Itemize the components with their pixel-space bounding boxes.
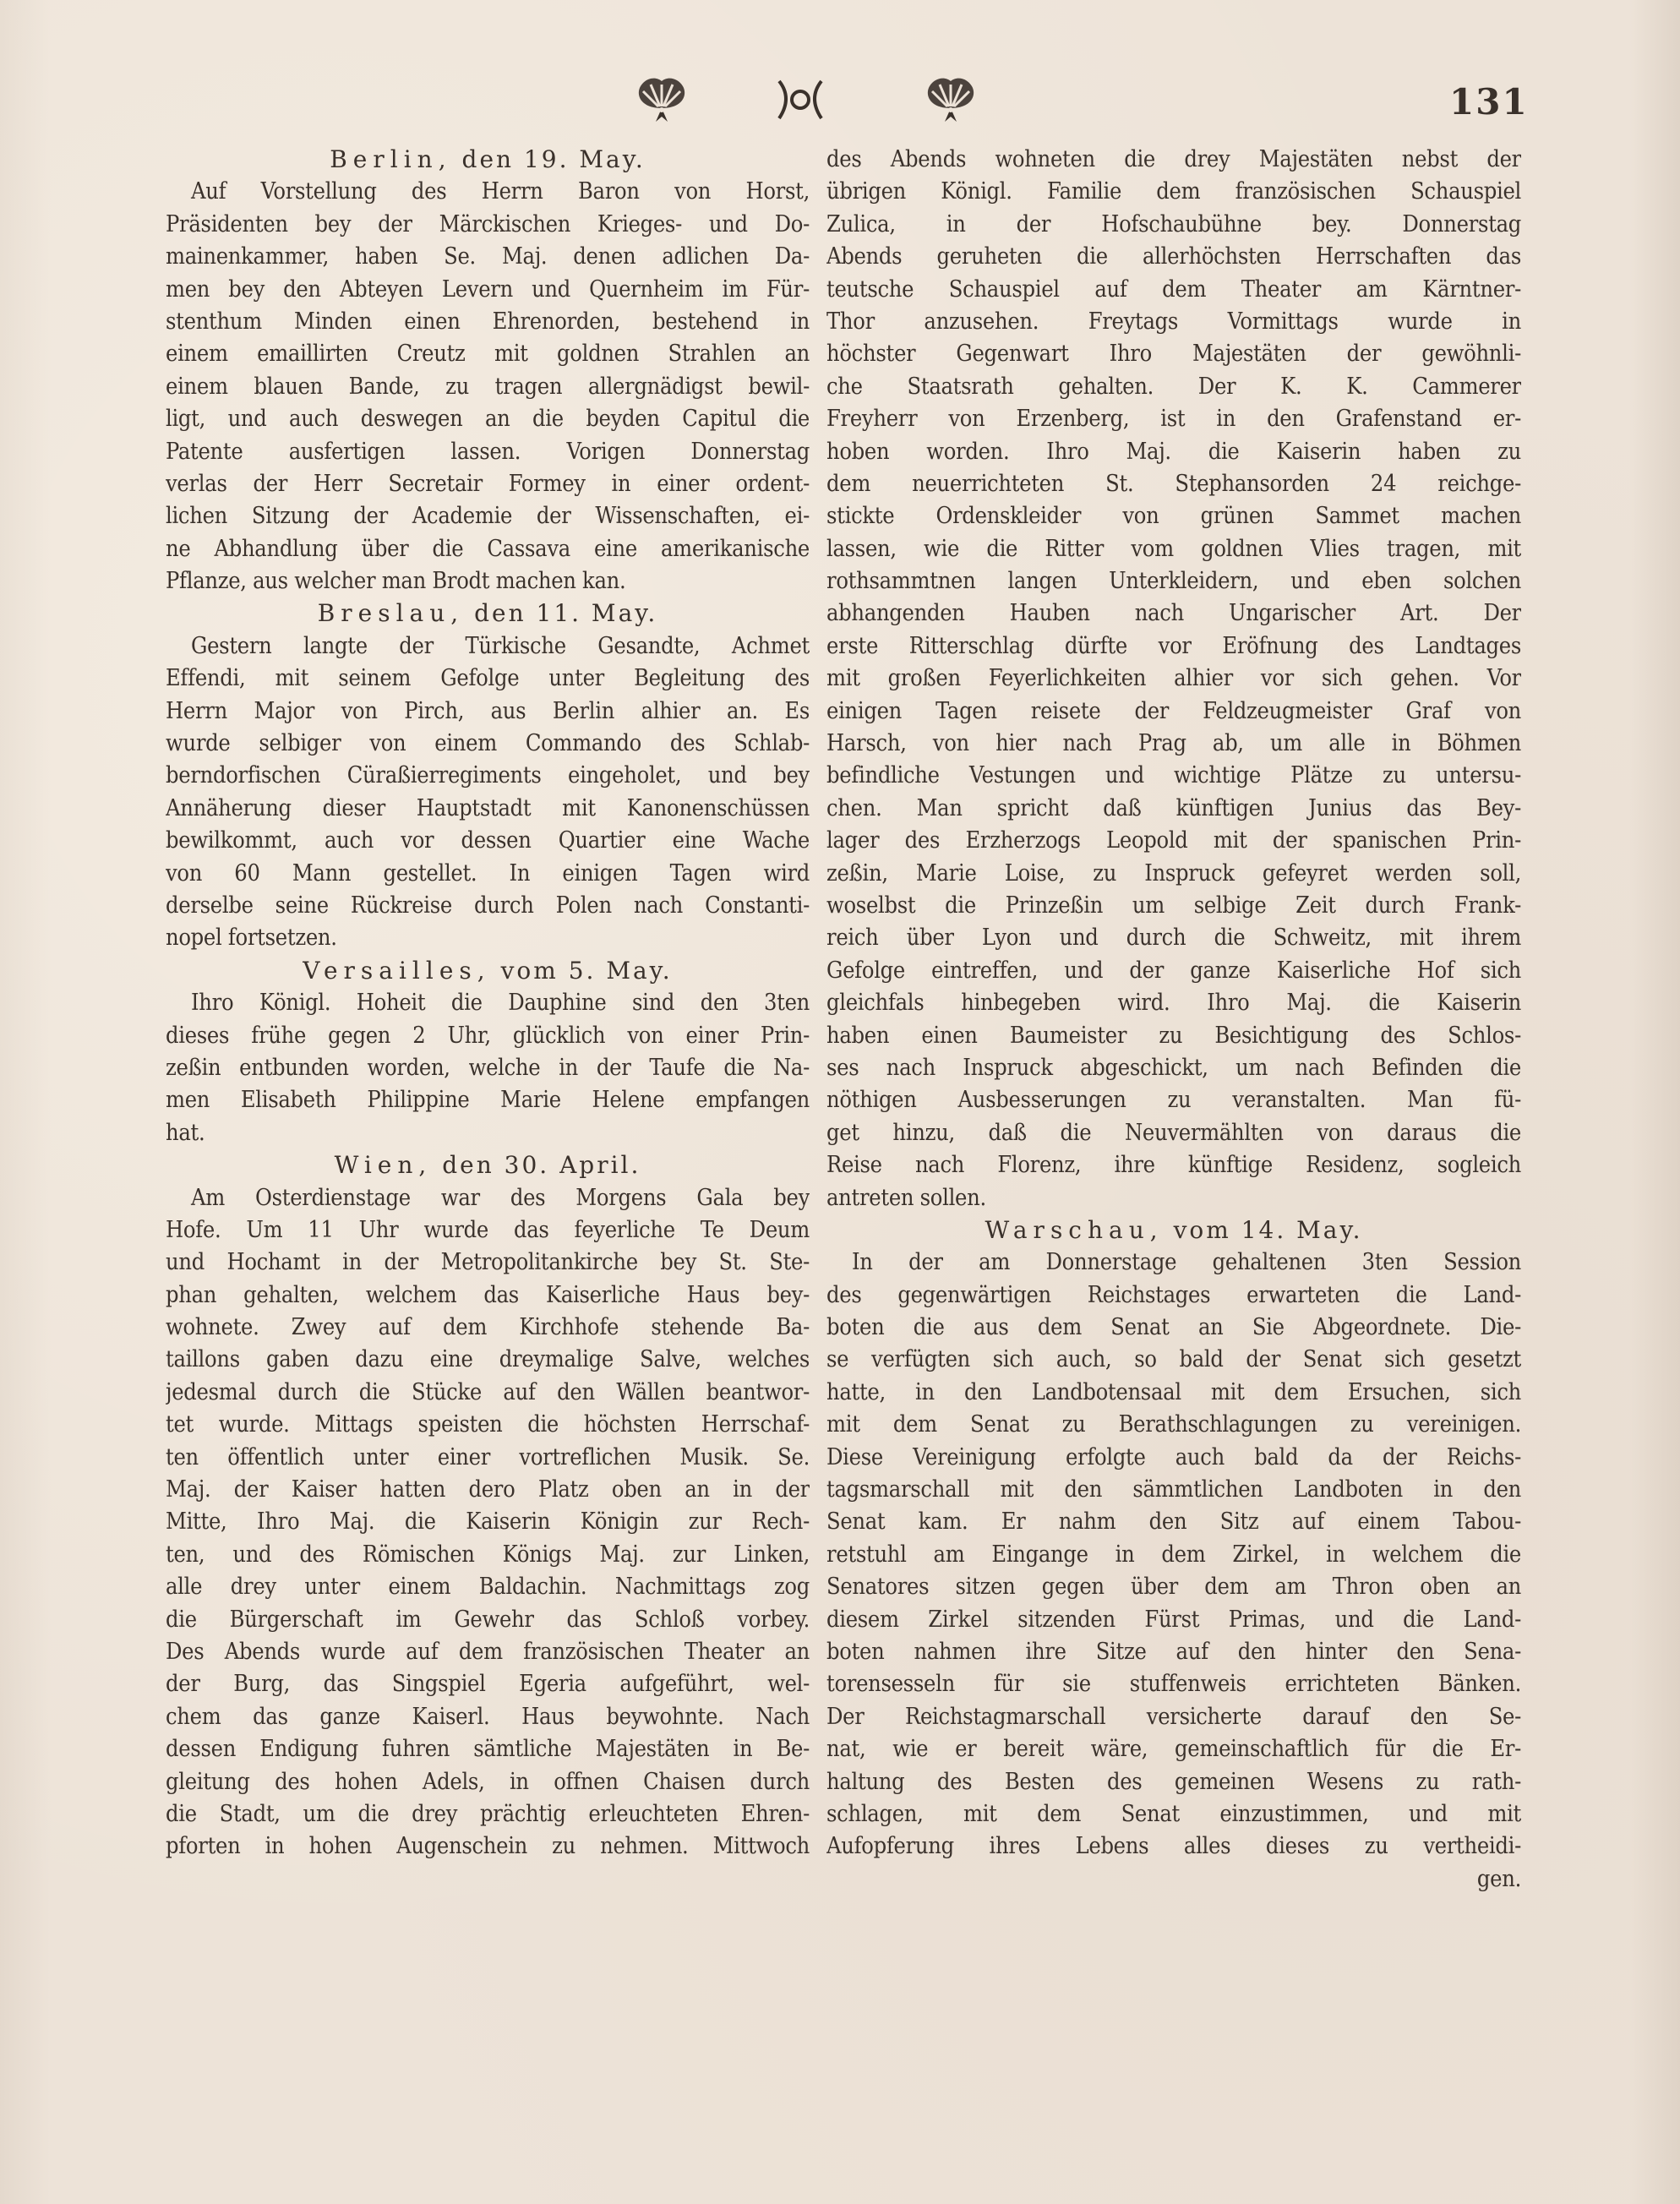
text-line: ten, und des Römischen Königs Maj. zur L… bbox=[166, 1539, 810, 1571]
text-line: Abends geruheten die allerhöchsten Herrs… bbox=[826, 241, 1521, 273]
text-line: von 60 Mann gestellet. In einigen Tagen … bbox=[166, 858, 810, 890]
text-line: abhangenden Hauben nach Ungarischer Art.… bbox=[826, 597, 1521, 630]
text-line: Pflanze, aus welcher man Brodt machen ka… bbox=[166, 565, 810, 597]
text-line: einigen Tagen reisete der Feldzeugmeiste… bbox=[826, 696, 1521, 728]
news-section: Wien, den 30. April.Am Osterdienstage wa… bbox=[166, 1149, 810, 1863]
text-line: gleichfals hinbegeben wird. Ihro Maj. di… bbox=[826, 987, 1521, 1019]
dateline-place: Warschau, bbox=[985, 1216, 1164, 1244]
text-line: lichen Sitzung der Academie der Wissensc… bbox=[166, 500, 810, 532]
text-line: mit großen Feyerlichkeiten alhier vor si… bbox=[826, 663, 1521, 695]
dateline-heading: Breslau, den 11. May. bbox=[166, 597, 810, 630]
text-line: Gefolge eintreffen, und der ganze Kaiser… bbox=[826, 955, 1521, 987]
left-column: Berlin, den 19. May.Auf Vorstellung des … bbox=[166, 144, 810, 1863]
text-line: alle drey unter einem Baldachin. Nachmit… bbox=[166, 1571, 810, 1603]
text-line: Freyherr von Erzenberg, ist in den Grafe… bbox=[826, 403, 1521, 435]
news-section: Versailles, vom 5. May.Ihro Königl. Hohe… bbox=[166, 955, 810, 1149]
text-line: Präsidenten bey der Märckischen Krieges-… bbox=[166, 209, 810, 241]
text-line: ligt, und auch deswegen an die beyden Ca… bbox=[166, 403, 810, 435]
dateline-heading: Versailles, vom 5. May. bbox=[166, 955, 810, 987]
dateline-date: vom 5. May. bbox=[501, 957, 673, 985]
dateline-date: den 30. April. bbox=[442, 1151, 641, 1179]
text-line: teutsche Schauspiel auf dem Theater am K… bbox=[826, 274, 1521, 306]
text-line: Thor anzusehen. Freytags Vormittags wurd… bbox=[826, 306, 1521, 338]
news-section: des Abends wohneten die drey Majestäten … bbox=[826, 144, 1521, 1214]
text-line: Patente ausfertigen lassen. Vorigen Donn… bbox=[166, 436, 810, 468]
text-line: Auf Vorstellung des Herrn Baron von Hors… bbox=[166, 176, 810, 208]
text-line: nopel fortsetzen. bbox=[166, 922, 810, 954]
text-line: ses nach Inspruck abgeschickt, um nach B… bbox=[826, 1052, 1521, 1084]
text-line: ne Abhandlung über die Cassava eine amer… bbox=[166, 533, 810, 565]
shell-ornament-icon bbox=[632, 74, 691, 125]
text-line: hatte, in den Landbotensaal mit dem Ersu… bbox=[826, 1377, 1521, 1409]
text-line: Diese Vereinigung erfolgte auch bald da … bbox=[826, 1442, 1521, 1474]
text-line: men Elisabeth Philippine Marie Helene em… bbox=[166, 1084, 810, 1116]
text-line: lassen, wie die Ritter vom goldnen Vlies… bbox=[826, 533, 1521, 565]
text-line: woselbst die Prinzeßin um selbige Zeit d… bbox=[826, 890, 1521, 922]
text-line: dieses frühe gegen 2 Uhr, glücklich von … bbox=[166, 1020, 810, 1052]
dateline-place: Wien, bbox=[335, 1151, 433, 1179]
text-line: stickte Ordenskleider von grünen Sammet … bbox=[826, 500, 1521, 532]
text-line: Des Abends wurde auf dem französischen T… bbox=[166, 1636, 810, 1668]
text-line: einem emaillirten Creutz mit goldnen Str… bbox=[166, 338, 810, 370]
text-line: höchster Gegenwart Ihro Majestäten der g… bbox=[826, 338, 1521, 370]
text-line: stenthum Minden einen Ehrenorden, besteh… bbox=[166, 306, 810, 338]
dateline-date: vom 14. May. bbox=[1174, 1216, 1363, 1244]
text-line: pforten in hohen Augenschein zu nehmen. … bbox=[166, 1830, 810, 1863]
text-line: nöthigen Ausbesserungen zu veranstalten.… bbox=[826, 1084, 1521, 1116]
dateline-heading: Warschau, vom 14. May. bbox=[826, 1214, 1521, 1247]
text-line: Mitte, Ihro Maj. die Kaiserin Königin zu… bbox=[166, 1506, 810, 1538]
text-line: derselbe seine Rückreise durch Polen nac… bbox=[166, 890, 810, 922]
text-line: phan gehalten, welchem das Kaiserliche H… bbox=[166, 1279, 810, 1312]
page-header: 131 bbox=[0, 74, 1680, 142]
text-line: übrigen Königl. Familie dem französische… bbox=[826, 176, 1521, 208]
text-line: Maj. der Kaiser hatten dero Platz oben a… bbox=[166, 1474, 810, 1506]
text-line: torensesseln für sie stuffenweis erricht… bbox=[826, 1668, 1521, 1700]
dateline-date: den 11. May. bbox=[474, 599, 657, 627]
text-line: rothsammtnen langen Unterkleidern, und e… bbox=[826, 565, 1521, 597]
text-line: Harsch, von hier nach Prag ab, um alle i… bbox=[826, 728, 1521, 760]
text-line: Reise nach Florenz, ihre künftige Reside… bbox=[826, 1149, 1521, 1181]
text-line: wohnete. Zwey auf dem Kirchhofe stehende… bbox=[166, 1312, 810, 1344]
bracket-ring-ornament-icon bbox=[771, 74, 830, 125]
text-line: retstuhl am Eingange in dem Zirkel, in w… bbox=[826, 1539, 1521, 1571]
news-section: Warschau, vom 14. May.In der am Donnerst… bbox=[826, 1214, 1521, 1896]
text-line: reich über Lyon und durch die Schweitz, … bbox=[826, 922, 1521, 954]
text-line: gen. bbox=[826, 1863, 1521, 1896]
text-line: boten nahmen ihre Sitze auf den hinter d… bbox=[826, 1636, 1521, 1668]
text-line: jedesmal durch die Stücke auf den Wällen… bbox=[166, 1377, 810, 1409]
right-column: des Abends wohneten die drey Majestäten … bbox=[826, 144, 1521, 1896]
text-line: Zulica, in der Hofschaubühne bey. Donner… bbox=[826, 209, 1521, 241]
text-line: befindliche Vestungen und wichtige Plätz… bbox=[826, 760, 1521, 792]
text-line: chen. Man spricht daß künftigen Junius d… bbox=[826, 793, 1521, 825]
text-line: verlas der Herr Secretair Formey in eine… bbox=[166, 468, 810, 500]
text-line: taillons gaben dazu eine dreymalige Salv… bbox=[166, 1344, 810, 1376]
dateline-place: Breslau, bbox=[318, 599, 464, 627]
text-line: und Hochamt in der Metropolitankirche be… bbox=[166, 1247, 810, 1279]
text-line: diesem Zirkel sitzenden Fürst Primas, un… bbox=[826, 1604, 1521, 1636]
text-line: erste Ritterschlag dürfte vor Eröfnung d… bbox=[826, 630, 1521, 663]
text-line: mainenkammer, haben Se. Maj. denen adlic… bbox=[166, 241, 810, 273]
text-line: des Abends wohneten die drey Majestäten … bbox=[826, 144, 1521, 176]
news-section: Berlin, den 19. May.Auf Vorstellung des … bbox=[166, 144, 810, 597]
text-line: schlagen, mit dem Senat einzustimmen, un… bbox=[826, 1798, 1521, 1830]
text-line: In der am Donnerstage gehaltenen 3ten Se… bbox=[826, 1247, 1521, 1279]
text-line: dem neuerrichteten St. Stephansorden 24 … bbox=[826, 468, 1521, 500]
text-line: boten die aus dem Senat an Sie Abgeordne… bbox=[826, 1312, 1521, 1344]
dateline-heading: Wien, den 30. April. bbox=[166, 1149, 810, 1181]
text-line: die Bürgerschaft im Gewehr das Schloß vo… bbox=[166, 1604, 810, 1636]
newspaper-page: 131 Berlin, den 19. May.Auf Vorstellung … bbox=[0, 0, 1680, 2204]
text-line: che Staatsrath gehalten. Der K. K. Camme… bbox=[826, 371, 1521, 403]
text-line: mit dem Senat zu Berathschlagungen zu ve… bbox=[826, 1409, 1521, 1441]
text-line: hat. bbox=[166, 1117, 810, 1149]
text-line: Senatores sitzen gegen über dem am Thron… bbox=[826, 1571, 1521, 1603]
news-section: Breslau, den 11. May.Gestern langte der … bbox=[166, 597, 810, 954]
text-line: tet wurde. Mittags speisten die höchsten… bbox=[166, 1409, 810, 1441]
text-line: men bey den Abteyen Levern und Quernheim… bbox=[166, 274, 810, 306]
text-line: Ihro Königl. Hoheit die Dauphine sind de… bbox=[166, 987, 810, 1019]
text-line: chem das ganze Kaiserl. Haus beywohnte. … bbox=[166, 1701, 810, 1733]
text-line: dessen Endigung fuhren sämtliche Majestä… bbox=[166, 1733, 810, 1765]
text-line: Gestern langte der Türkische Gesandte, A… bbox=[166, 630, 810, 663]
text-line: nat, wie er bereit wäre, gemeinschaftlic… bbox=[826, 1733, 1521, 1765]
text-line: die Stadt, um die drey prächtig erleucht… bbox=[166, 1798, 810, 1830]
dateline-heading: Berlin, den 19. May. bbox=[166, 144, 810, 176]
text-line: se verfügten sich auch, so bald der Sena… bbox=[826, 1344, 1521, 1376]
text-line: Am Osterdienstage war des Morgens Gala b… bbox=[166, 1182, 810, 1214]
text-line: lager des Erzherzogs Leopold mit der spa… bbox=[826, 825, 1521, 857]
dateline-place: Berlin, bbox=[330, 145, 451, 173]
dateline-date: den 19. May. bbox=[462, 145, 646, 173]
text-line: ten öffentlich unter einer vortreflichen… bbox=[166, 1442, 810, 1474]
dateline-place: Versailles, bbox=[303, 957, 490, 985]
text-line: Herrn Major von Pirch, aus Berlin alhier… bbox=[166, 696, 810, 728]
text-line: haltung des Besten des gemeinen Wesens z… bbox=[826, 1766, 1521, 1798]
text-line: get hinzu, daß die Neuvermählten von dar… bbox=[826, 1117, 1521, 1149]
text-line: Annäherung dieser Hauptstadt mit Kanonen… bbox=[166, 793, 810, 825]
page-number: 131 bbox=[1449, 81, 1529, 123]
text-line: gleitung des hohen Adels, in offnen Chai… bbox=[166, 1766, 810, 1798]
text-line: antreten sollen. bbox=[826, 1182, 1521, 1214]
text-line: wurde selbiger von einem Commando des Sc… bbox=[166, 728, 810, 760]
text-line: haben einen Baumeister zu Besichtigung d… bbox=[826, 1020, 1521, 1052]
text-line: Der Reichstagmarschall versicherte darau… bbox=[826, 1701, 1521, 1733]
text-line: Senat kam. Er nahm den Sitz auf einem Ta… bbox=[826, 1506, 1521, 1538]
text-line: hoben worden. Ihro Maj. die Kaiserin hab… bbox=[826, 436, 1521, 468]
text-line: Hofe. Um 11 Uhr wurde das feyerliche Te … bbox=[166, 1214, 810, 1247]
text-line: einem blauen Bande, zu tragen allergnädi… bbox=[166, 371, 810, 403]
shell-ornament-icon bbox=[921, 74, 980, 125]
text-line: Effendi, mit seinem Gefolge unter Beglei… bbox=[166, 663, 810, 695]
text-line: Aufopferung ihres Lebens alles dieses zu… bbox=[826, 1830, 1521, 1863]
text-line: bewilkommt, auch vor dessen Quartier ein… bbox=[166, 825, 810, 857]
text-line: berndorfischen Cüraßierregiments eingeho… bbox=[166, 760, 810, 792]
text-line: tagsmarschall mit den sämmtlichen Landbo… bbox=[826, 1474, 1521, 1506]
text-line: der Burg, das Singspiel Egeria aufgeführ… bbox=[166, 1668, 810, 1700]
text-line: zeßin entbunden worden, welche in der Ta… bbox=[166, 1052, 810, 1084]
text-line: des gegenwärtigen Reichstages erwarteten… bbox=[826, 1279, 1521, 1312]
text-line: zeßin, Marie Loise, zu Inspruck gefeyret… bbox=[826, 858, 1521, 890]
